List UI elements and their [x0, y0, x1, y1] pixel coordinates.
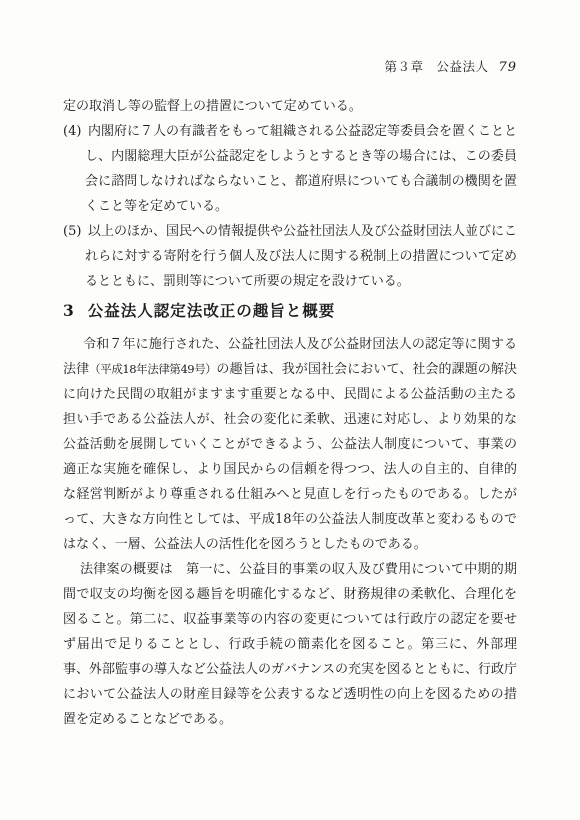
body-text-block: 定の取消し等の監督上の措置について定めている。 (4)内閣府に７人の有識者をもっ… [63, 94, 517, 732]
list-item-4-text: 内閣府に７人の有識者をもって組織される公益認定等委員会を置くこととし、内閣総理大… [85, 124, 517, 214]
section-number: 3 [63, 301, 74, 320]
list-item-4-marker: (4) [63, 119, 88, 144]
paragraph-outline: 法律案の概要は 第一に、公益目的事業の収入及び費用について中期的期間で収支の均衡… [63, 557, 517, 732]
list-item-5: (5)以上のほか、国民への情報提供や公益社団法人及び公益財団法人並びにこれらに対… [63, 219, 517, 294]
list-item-5-text: 以上のほか、国民への情報提供や公益社団法人及び公益財団法人並びにこれらに対する寄… [85, 224, 517, 289]
paragraph-purpose-post: の趣旨は、我が国社会において、社会的課題の解決に向けた民間の取組がますます重要と… [63, 362, 517, 552]
running-header: 第３章 公益法人79 [63, 57, 517, 78]
list-item-4: (4)内閣府に７人の有識者をもって組織される公益認定等委員会を置くこととし、内閣… [63, 119, 517, 219]
section-heading: 3公益法人認定法改正の趣旨と概要 [63, 298, 517, 323]
list-item-5-marker: (5) [63, 219, 88, 244]
chapter-title: 第３章 公益法人 [384, 59, 488, 74]
page-number: 79 [498, 60, 517, 75]
continuation-line: 定の取消し等の監督上の措置について定めている。 [63, 94, 517, 119]
document-page: 第３章 公益法人79 定の取消し等の監督上の措置について定めている。 (4)内閣… [0, 0, 580, 820]
section-title: 公益法人認定法改正の趣旨と概要 [88, 301, 336, 320]
paragraph-purpose: 令和７年に施行された、公益社団法人及び公益財団法人の認定等に関する法律（平成18… [63, 332, 517, 557]
law-reference: （平成18年法律第49号） [89, 362, 216, 376]
